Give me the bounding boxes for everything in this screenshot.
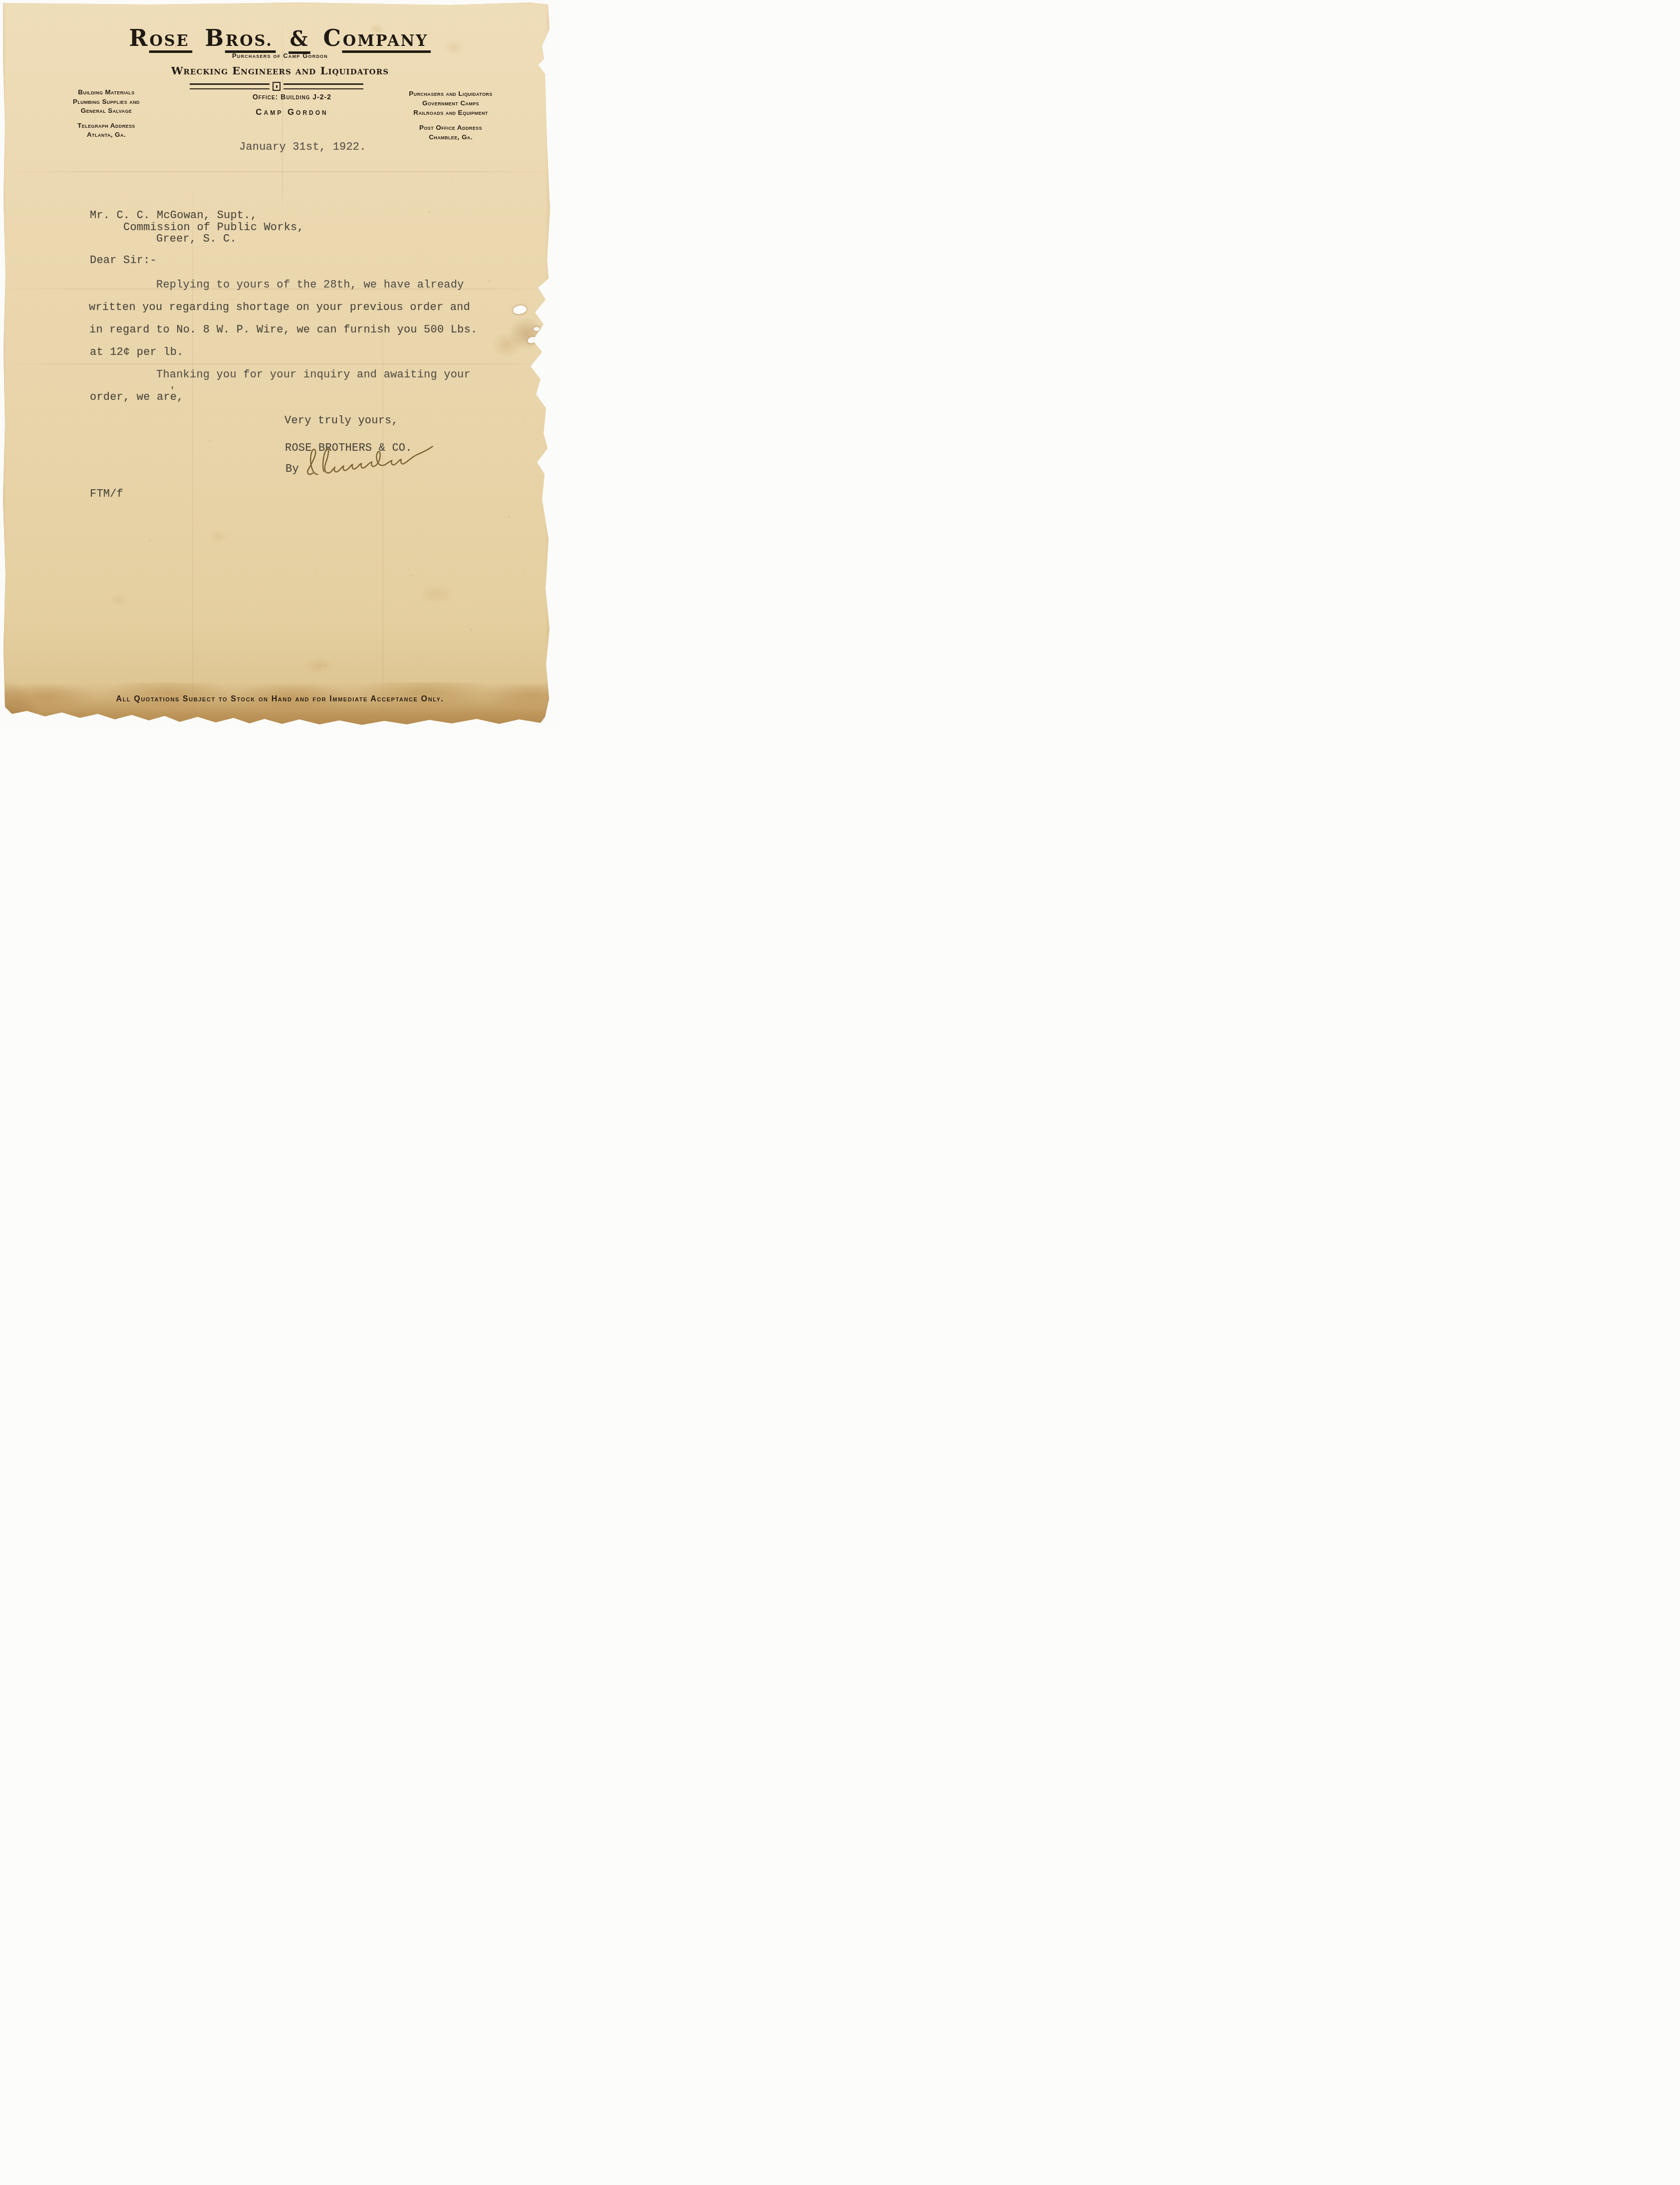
paper-hole [534,327,540,331]
typist-initials: FTM/f [90,488,123,501]
stain-blotch [303,658,334,674]
service-line: Government Camps [392,98,510,108]
service-line: General Salvage [47,106,165,116]
by-label: By [285,463,299,476]
rule-line [283,83,363,89]
body-line: written you regarding shortage on your p… [89,301,470,314]
service-line: Purchasers and Liquidators [392,89,510,98]
fold-crease-horizontal [0,363,560,364]
logo-word-company: COMPANY [323,26,431,50]
logo-underlined-letters: OSE [149,31,192,53]
stain-blotch [209,530,228,543]
post-office-address-city: Chamblee, Ga. [392,132,510,142]
stain-blotch [419,583,454,604]
rule-square-dot [276,85,278,88]
company-name: ROSE BROS. & COMPANY [14,26,546,51]
paper-sheet: ROSE BROS. & COMPANY Purchasers of Camp … [0,0,560,728]
service-line: Plumbing Supplies and [47,97,165,107]
stain-blotch [109,593,130,607]
letterhead-center-column: Office: Building J-2-2 Camp Gordon [220,93,364,116]
aged-edge-shading [0,0,560,4]
rule-square-icon [273,82,280,91]
fold-crease-vertical [382,280,383,728]
logo-initial: R [129,24,149,52]
scanned-letter-page: ROSE BROS. & COMPANY Purchasers of Camp … [0,0,560,728]
telegraph-address-label: Telegraph Address [47,121,165,131]
logo-word-bros: BROS. [205,26,276,50]
stray-ink-mark: ' [170,384,175,397]
rule-line [190,83,270,89]
letterhead-tagline: Purchasers of Camp Gordon [0,52,560,59]
logo-underlined-letters: ROS. [225,31,276,53]
aged-edge-shading [545,0,560,728]
logo-ampersand: & [288,26,311,51]
date-line: January 31st, 1922. [239,141,366,154]
logo-underlined-letters: OMPANY [342,31,431,53]
camp-name-line: Camp Gordon [220,108,364,116]
fold-crease-horizontal [0,171,560,172]
bottom-water-stain [0,682,560,728]
body-line: at 12¢ per lb. [90,346,184,359]
office-location-line: Office: Building J-2-2 [220,93,364,101]
letterhead-right-column: Purchasers and Liquidators Government Ca… [392,89,510,142]
logo-initial: B [205,24,226,52]
signature-handwriting [300,439,436,486]
recipient-line: Greer, S. C. [156,233,237,246]
ampersand-glyph: & [288,26,311,54]
ornament-rule [190,82,363,91]
valediction: Very truly yours, [284,414,398,427]
body-line: Replying to yours of the 28th, we have a… [156,279,464,292]
logo-word-rose: ROSE [129,26,193,50]
letterhead-subtitle: Wrecking Engineers and Liquidators [0,64,560,77]
footer-notice: All Quotations Subject to Stock on Hand … [0,695,560,704]
service-line: Building Materials [47,88,165,97]
telegraph-address-city: Atlanta, Ga. [47,130,165,140]
logo-initial: C [323,24,342,52]
letterhead-left-column: Building Materials Plumbing Supplies and… [47,88,165,140]
stain-around-holes [508,317,544,349]
salutation: Dear Sir:- [90,254,157,267]
recipient-line: Mr. C. C. McGowan, Supt., [90,209,257,222]
post-office-address-label: Post Office Address [392,123,510,132]
body-line: Thanking you for your inquiry and awaiti… [156,368,471,381]
fold-crease-vertical [192,175,193,728]
aged-edge-shading [0,0,6,728]
body-line: in regard to No. 8 W. P. Wire, we can fu… [89,323,477,336]
service-line: Railroads and Equipment [392,108,510,117]
